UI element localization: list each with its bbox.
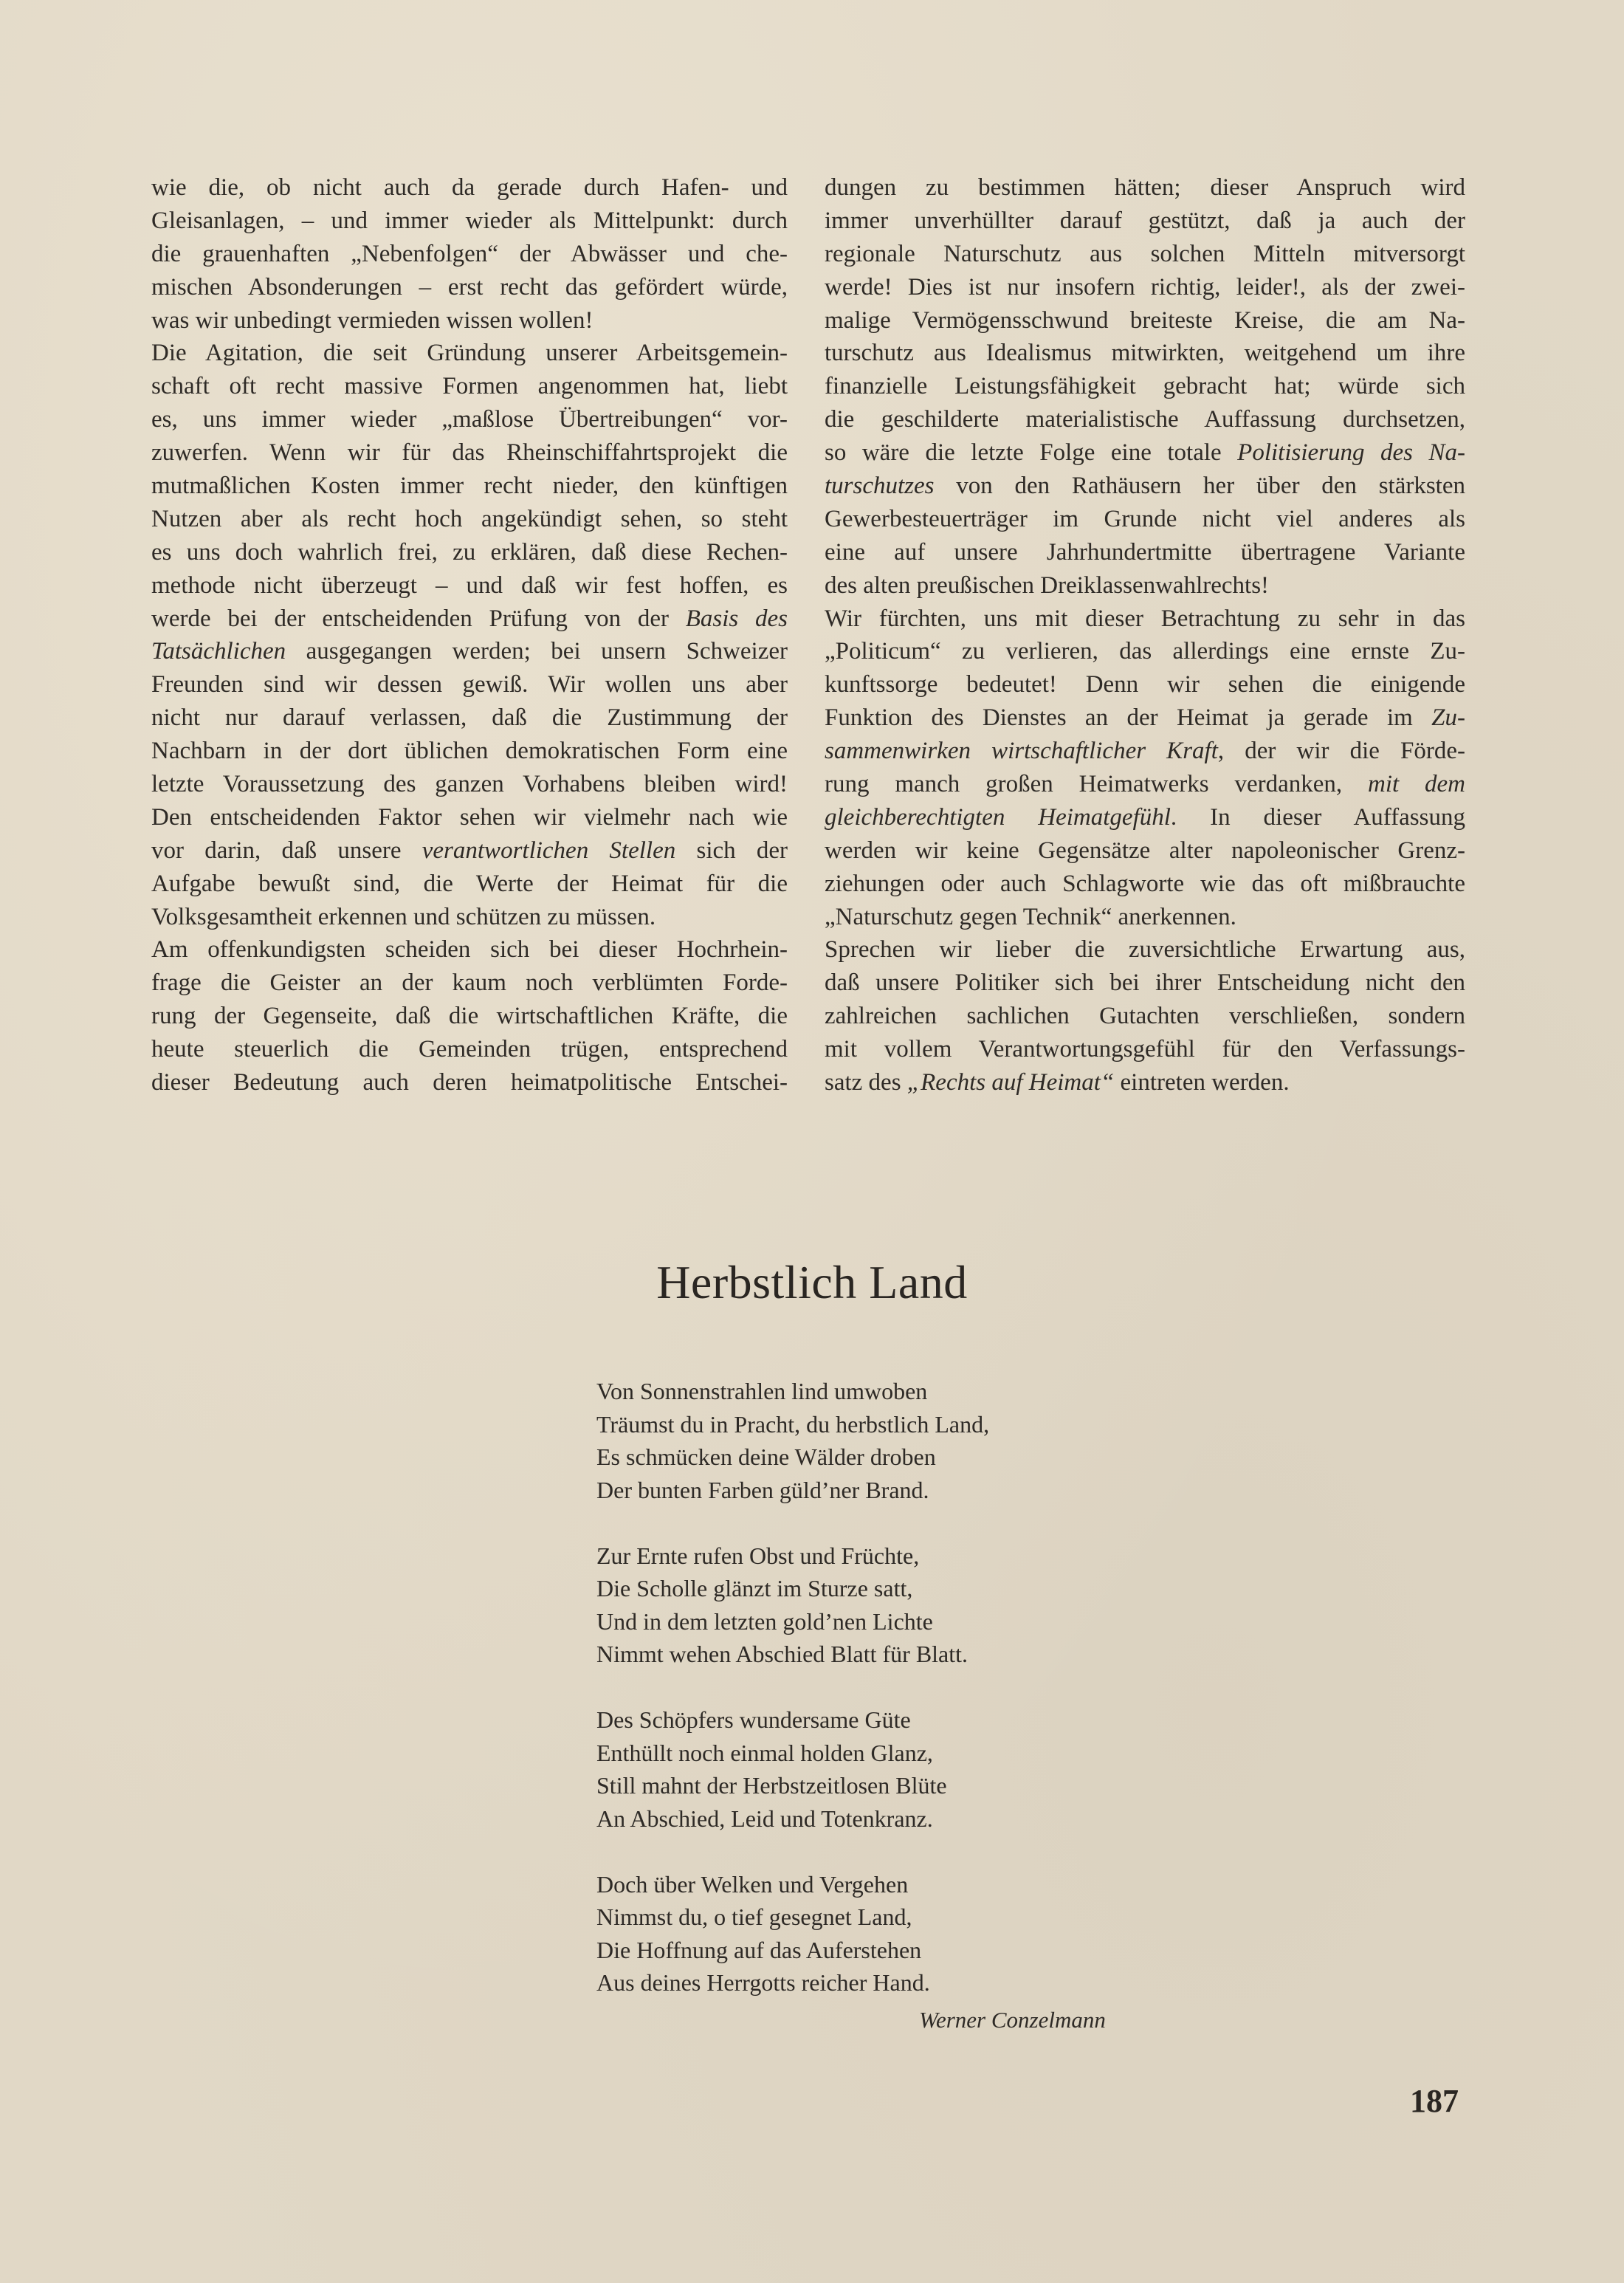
- text-line: die geschilderte materialistische Auffas…: [825, 403, 1465, 436]
- text-line: mutmaßlichen Kosten immer recht nieder, …: [151, 470, 788, 503]
- text-run: Nutzen aber als recht hoch angekündigt s…: [151, 506, 788, 532]
- text-run: Am offenkundigsten scheiden sich bei die…: [151, 936, 788, 963]
- text-run: satz des: [825, 1069, 907, 1096]
- text-line: heute steuerlich die Gemeinden trügen, e…: [151, 1033, 788, 1066]
- text-line: gleichberechtigten Heimatgefühl. In dies…: [825, 801, 1465, 834]
- text-line: zuwerfen. Wenn wir für das Rheinschiffah…: [151, 436, 788, 470]
- text-run: malige Vermögensschwund breiteste Kreise…: [825, 307, 1465, 334]
- italic-emphasis: verantwortlichen Stellen: [422, 837, 676, 864]
- text-line: mit vollem Verantwortungsgefühl für den …: [825, 1033, 1465, 1066]
- text-run: Gleisanlagen, – und immer wieder als Mit…: [151, 207, 788, 234]
- text-line: schaft oft recht massive Formen angenomm…: [151, 370, 788, 403]
- page-number: 187: [1410, 2082, 1459, 2120]
- text-line: Tatsächlichen ausgegangen werden; bei un…: [151, 635, 788, 668]
- text-run: Funktion des Dienstes an der Heimat ja g…: [825, 704, 1431, 731]
- text-line: was wir unbedingt vermieden wissen wolle…: [151, 304, 788, 337]
- text-run: Nachbarn in der dort üblichen demokratis…: [151, 738, 788, 764]
- text-run: Aufgabe bewußt sind, die Werte der Heima…: [151, 871, 788, 897]
- text-line: Gleisanlagen, – und immer wieder als Mit…: [151, 205, 788, 238]
- text-line: die grauenhaften „Nebenfolgen“ der Abwäs…: [151, 238, 788, 271]
- text-line: „Naturschutz gegen Technik“ anerkennen.: [825, 901, 1465, 934]
- text-line: kunftssorge bedeutet! Denn wir sehen die…: [825, 668, 1465, 701]
- text-line: vor darin, daß unsere verantwortlichen S…: [151, 834, 788, 868]
- text-line: Freunden sind wir dessen gewiß. Wir woll…: [151, 668, 788, 701]
- text-line: werde bei der entscheidenden Prüfung von…: [151, 602, 788, 636]
- poem-verse: Es schmücken deine Wälder droben: [596, 1441, 989, 1474]
- text-line: dungen zu bestimmen hätten; dieser Anspr…: [825, 171, 1465, 205]
- text-line: immer unverhüllter darauf gestützt, daß …: [825, 205, 1465, 238]
- text-run: „Politicum“ zu verlieren, das allerdings…: [825, 638, 1465, 665]
- text-run: letzte Voraussetzung des ganzen Vorhaben…: [151, 771, 788, 797]
- text-line: Die Agitation, die seit Gründung unserer…: [151, 337, 788, 370]
- text-run: Die Agitation, die seit Gründung unserer…: [151, 340, 788, 366]
- text-run: so wäre die letzte Folge eine totale: [825, 439, 1237, 466]
- text-run: dungen zu bestimmen hätten; dieser Anspr…: [825, 174, 1465, 201]
- text-line: finanzielle Leistungsfähigkeit gebracht …: [825, 370, 1465, 403]
- text-line: es uns doch wahrlich frei, zu erklären, …: [151, 536, 788, 569]
- text-run: heute steuerlich die Gemeinden trügen, e…: [151, 1036, 788, 1062]
- text-run: ziehungen oder auch Schlagworte wie das …: [825, 871, 1465, 897]
- text-line: mischen Absonderungen – erst recht das g…: [151, 271, 788, 304]
- text-line: eine auf unsere Jahrhundertmitte übertra…: [825, 536, 1465, 569]
- italic-emphasis: mit dem: [1368, 771, 1465, 797]
- poem-verse: Enthüllt noch einmal holden Glanz,: [596, 1737, 989, 1770]
- poem-verse: Nimmst du, o tief gesegnet Land,: [596, 1901, 989, 1934]
- text-line: Den entscheidenden Faktor sehen wir viel…: [151, 801, 788, 834]
- text-run: die grauenhaften „Nebenfolgen“ der Abwäs…: [151, 241, 788, 267]
- text-line: dieser Bedeutung auch deren heimatpoliti…: [151, 1066, 788, 1099]
- text-run: dieser Bedeutung auch deren heimatpoliti…: [151, 1069, 788, 1096]
- text-line: Funktion des Dienstes an der Heimat ja g…: [825, 701, 1465, 735]
- text-run: werde! Dies ist nur insofern richtig, le…: [825, 274, 1465, 301]
- text-line: daß unsere Politiker sich bei ihrer Ents…: [825, 967, 1465, 1000]
- text-line: Nachbarn in der dort üblichen demokratis…: [151, 735, 788, 768]
- poem-body: Von Sonnenstrahlen lind umwoben Träumst …: [596, 1375, 989, 1999]
- poem-verse: Der bunten Farben güld’ner Brand.: [596, 1474, 989, 1507]
- text-run: schaft oft recht massive Formen angenomm…: [151, 373, 788, 399]
- text-run: zuwerfen. Wenn wir für das Rheinschiffah…: [151, 439, 788, 466]
- text-run: mutmaßlichen Kosten immer recht nieder, …: [151, 473, 788, 499]
- text-line: Nutzen aber als recht hoch angekündigt s…: [151, 503, 788, 536]
- text-line: letzte Voraussetzung des ganzen Vorhaben…: [151, 768, 788, 801]
- text-line: des alten preußischen Dreiklassenwahlrec…: [825, 569, 1465, 602]
- text-run: „Naturschutz gegen Technik“ anerkennen.: [825, 904, 1236, 930]
- poem-verse: Die Scholle glänzt im Sturze satt,: [596, 1572, 989, 1605]
- poem-verse: Träumst du in Pracht, du herbstlich Land…: [596, 1408, 989, 1441]
- text-line: werde! Dies ist nur insofern richtig, le…: [825, 271, 1465, 304]
- text-run: sich der: [675, 837, 788, 864]
- poem-verse: Still mahnt der Herbstzeitlosen Blüte: [596, 1769, 989, 1802]
- text-run: wie die, ob nicht auch da gerade durch H…: [151, 174, 788, 201]
- text-run: werde bei der entscheidenden Prüfung von…: [151, 605, 686, 632]
- italic-emphasis: Tatsächlichen: [151, 638, 286, 665]
- italic-emphasis: Zu-: [1431, 704, 1465, 731]
- text-line: Wir fürchten, uns mit dieser Betrachtung…: [825, 602, 1465, 636]
- italic-emphasis: Politisierung des Na-: [1237, 439, 1465, 466]
- text-run: frage die Geister an der kaum noch verbl…: [151, 969, 788, 996]
- italic-emphasis: gleichberechtigten Heimatgefühl: [825, 804, 1171, 831]
- text-line: wie die, ob nicht auch da gerade durch H…: [151, 171, 788, 205]
- text-run: Den entscheidenden Faktor sehen wir viel…: [151, 804, 788, 831]
- text-run: ausgegangen werden; bei unsern Schweizer: [286, 638, 788, 665]
- poem-stanza: Doch über Welken und Vergehen Nimmst du,…: [596, 1868, 989, 1999]
- text-run: was wir unbedingt vermieden wissen wolle…: [151, 307, 593, 334]
- text-line: turschutz aus Idealismus mitwirkten, wei…: [825, 337, 1465, 370]
- text-run: zahlreichen sachlichen Gutachten verschl…: [825, 1003, 1465, 1029]
- text-run: nicht nur darauf verlassen, daß die Zust…: [151, 704, 788, 731]
- text-run: , der wir die Förde-: [1218, 738, 1465, 764]
- text-line: Gewerbesteuerträger im Grunde nicht viel…: [825, 503, 1465, 536]
- italic-emphasis: Basis des: [686, 605, 788, 632]
- text-line: malige Vermögensschwund breiteste Kreise…: [825, 304, 1465, 337]
- text-run: Gewerbesteuerträger im Grunde nicht viel…: [825, 506, 1465, 532]
- text-line: Am offenkundigsten scheiden sich bei die…: [151, 933, 788, 967]
- poem-verse: Von Sonnenstrahlen lind umwoben: [596, 1375, 989, 1408]
- poem-verse: Die Hoffnung auf das Auferstehen: [596, 1934, 989, 1967]
- poem-verse: Aus deines Herrgotts reicher Hand.: [596, 1966, 989, 1999]
- text-run: Freunden sind wir dessen gewiß. Wir woll…: [151, 671, 788, 698]
- text-line: zahlreichen sachlichen Gutachten verschl…: [825, 1000, 1465, 1033]
- text-run: Volksgesamtheit erkennen und schützen zu…: [151, 904, 656, 930]
- italic-emphasis: sammenwirken wirtschaftlicher Kraft: [825, 738, 1218, 764]
- text-run: die geschilderte materialistische Auffas…: [825, 406, 1465, 433]
- text-run: rung manch großen Heimatwerks verdanken,: [825, 771, 1368, 797]
- text-run: kunftssorge bedeutet! Denn wir sehen die…: [825, 671, 1465, 698]
- italic-emphasis: turschutzes: [825, 473, 935, 499]
- text-run: eine auf unsere Jahrhundertmitte übertra…: [825, 539, 1465, 566]
- text-line: nicht nur darauf verlassen, daß die Zust…: [151, 701, 788, 735]
- text-line: frage die Geister an der kaum noch verbl…: [151, 967, 788, 1000]
- poem-stanza: Zur Ernte rufen Obst und Früchte, Die Sc…: [596, 1539, 989, 1671]
- text-line: werden wir keine Gegensätze alter napole…: [825, 834, 1465, 868]
- text-run: Wir fürchten, uns mit dieser Betrachtung…: [825, 605, 1465, 632]
- poem-verse: An Abschied, Leid und Totenkranz.: [596, 1802, 989, 1836]
- text-run: daß unsere Politiker sich bei ihrer Ents…: [825, 969, 1465, 996]
- text-run: mit vollem Verantwortungsgefühl für den …: [825, 1036, 1465, 1062]
- italic-emphasis: „Rechts auf Heimat“: [907, 1069, 1114, 1096]
- article-left-column: wie die, ob nicht auch da gerade durch H…: [151, 171, 788, 1099]
- poem-author-signature: Werner Conzelmann: [919, 2007, 1106, 2033]
- poem-title: Herbstlich Land: [0, 1255, 1624, 1310]
- text-line: Sprechen wir lieber die zuversichtliche …: [825, 933, 1465, 967]
- text-line: rung manch großen Heimatwerks verdanken,…: [825, 768, 1465, 801]
- text-line: Aufgabe bewußt sind, die Werte der Heima…: [151, 868, 788, 901]
- text-run: . In dieser Auffassung: [1171, 804, 1465, 831]
- text-line: Volksgesamtheit erkennen und schützen zu…: [151, 901, 788, 934]
- text-run: werden wir keine Gegensätze alter napole…: [825, 837, 1465, 864]
- text-run: immer unverhüllter darauf gestützt, daß …: [825, 207, 1465, 234]
- text-run: mischen Absonderungen – erst recht das g…: [151, 274, 788, 301]
- text-run: rung der Gegenseite, daß die wirtschaftl…: [151, 1003, 788, 1029]
- text-line: „Politicum“ zu verlieren, das allerdings…: [825, 635, 1465, 668]
- poem-verse: Und in dem letzten gold’nen Lichte: [596, 1605, 989, 1638]
- poem-verse: Nimmt wehen Abschied Blatt für Blatt.: [596, 1638, 989, 1671]
- text-run: Sprechen wir lieber die zuversichtliche …: [825, 936, 1465, 963]
- text-run: des alten preußischen Dreiklassenwahlrec…: [825, 572, 1269, 599]
- text-run: regionale Naturschutz aus solchen Mittel…: [825, 241, 1465, 267]
- text-line: ziehungen oder auch Schlagworte wie das …: [825, 868, 1465, 901]
- poem-verse: Doch über Welken und Vergehen: [596, 1868, 989, 1901]
- poem-verse: Zur Ernte rufen Obst und Früchte,: [596, 1539, 989, 1573]
- text-line: so wäre die letzte Folge eine totale Pol…: [825, 436, 1465, 470]
- text-line: methode nicht überzeugt – und daß wir fe…: [151, 569, 788, 602]
- text-run: finanzielle Leistungsfähigkeit gebracht …: [825, 373, 1465, 399]
- scanned-page: wie die, ob nicht auch da gerade durch H…: [0, 0, 1624, 2283]
- poem-stanza: Von Sonnenstrahlen lind umwoben Träumst …: [596, 1375, 989, 1506]
- text-run: methode nicht überzeugt – und daß wir fe…: [151, 572, 788, 599]
- text-run: es, uns immer wieder „maßlose Übertreibu…: [151, 406, 788, 433]
- text-run: eintreten werden.: [1114, 1069, 1289, 1096]
- text-line: satz des „Rechts auf Heimat“ eintreten w…: [825, 1066, 1465, 1099]
- text-line: sammenwirken wirtschaftlicher Kraft, der…: [825, 735, 1465, 768]
- text-run: turschutz aus Idealismus mitwirkten, wei…: [825, 340, 1465, 366]
- text-line: turschutzes von den Rathäusern her über …: [825, 470, 1465, 503]
- text-line: rung der Gegenseite, daß die wirtschaftl…: [151, 1000, 788, 1033]
- text-run: vor darin, daß unsere: [151, 837, 422, 864]
- text-run: von den Rathäusern her über den stärkste…: [935, 473, 1466, 499]
- poem-verse: Des Schöpfers wundersame Güte: [596, 1703, 989, 1737]
- article-right-column: dungen zu bestimmen hätten; dieser Anspr…: [825, 171, 1465, 1099]
- poem-stanza: Des Schöpfers wundersame Güte Enthüllt n…: [596, 1703, 989, 1835]
- text-run: es uns doch wahrlich frei, zu erklären, …: [151, 539, 788, 566]
- text-line: es, uns immer wieder „maßlose Übertreibu…: [151, 403, 788, 436]
- text-line: regionale Naturschutz aus solchen Mittel…: [825, 238, 1465, 271]
